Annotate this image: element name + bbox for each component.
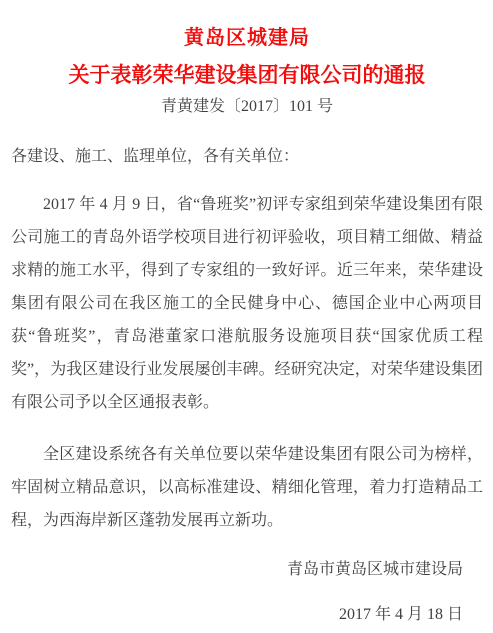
- body-paragraph-2: 全区建设系统各有关单位要以荣华建设集团有限公司为榜样，牢固树立精品意识，以高标准…: [11, 438, 483, 537]
- notice-body: 各建设、施工、监理单位，各有关单位： 2017 年 4 月 9 日，省“鲁班奖”…: [11, 140, 483, 631]
- notice-title: 关于表彰荣华建设集团有限公司的通报: [11, 62, 483, 88]
- salutation: 各建设、施工、监理单位，各有关单位：: [11, 140, 483, 173]
- issue-date: 2017 年 4 月 18 日: [11, 598, 463, 631]
- org-title: 黄岛区城建局: [11, 26, 483, 50]
- doc-number: 青黄建发〔2017〕101 号: [11, 96, 483, 118]
- issuer-signature: 青岛市黄岛区城市建设局: [11, 553, 463, 586]
- body-paragraph-1: 2017 年 4 月 9 日，省“鲁班奖”初评专家组到荣华建设集团有限公司施工的…: [11, 188, 483, 419]
- notice-document-page: 黄岛区城建局 关于表彰荣华建设集团有限公司的通报 青黄建发〔2017〕101 号…: [0, 0, 493, 633]
